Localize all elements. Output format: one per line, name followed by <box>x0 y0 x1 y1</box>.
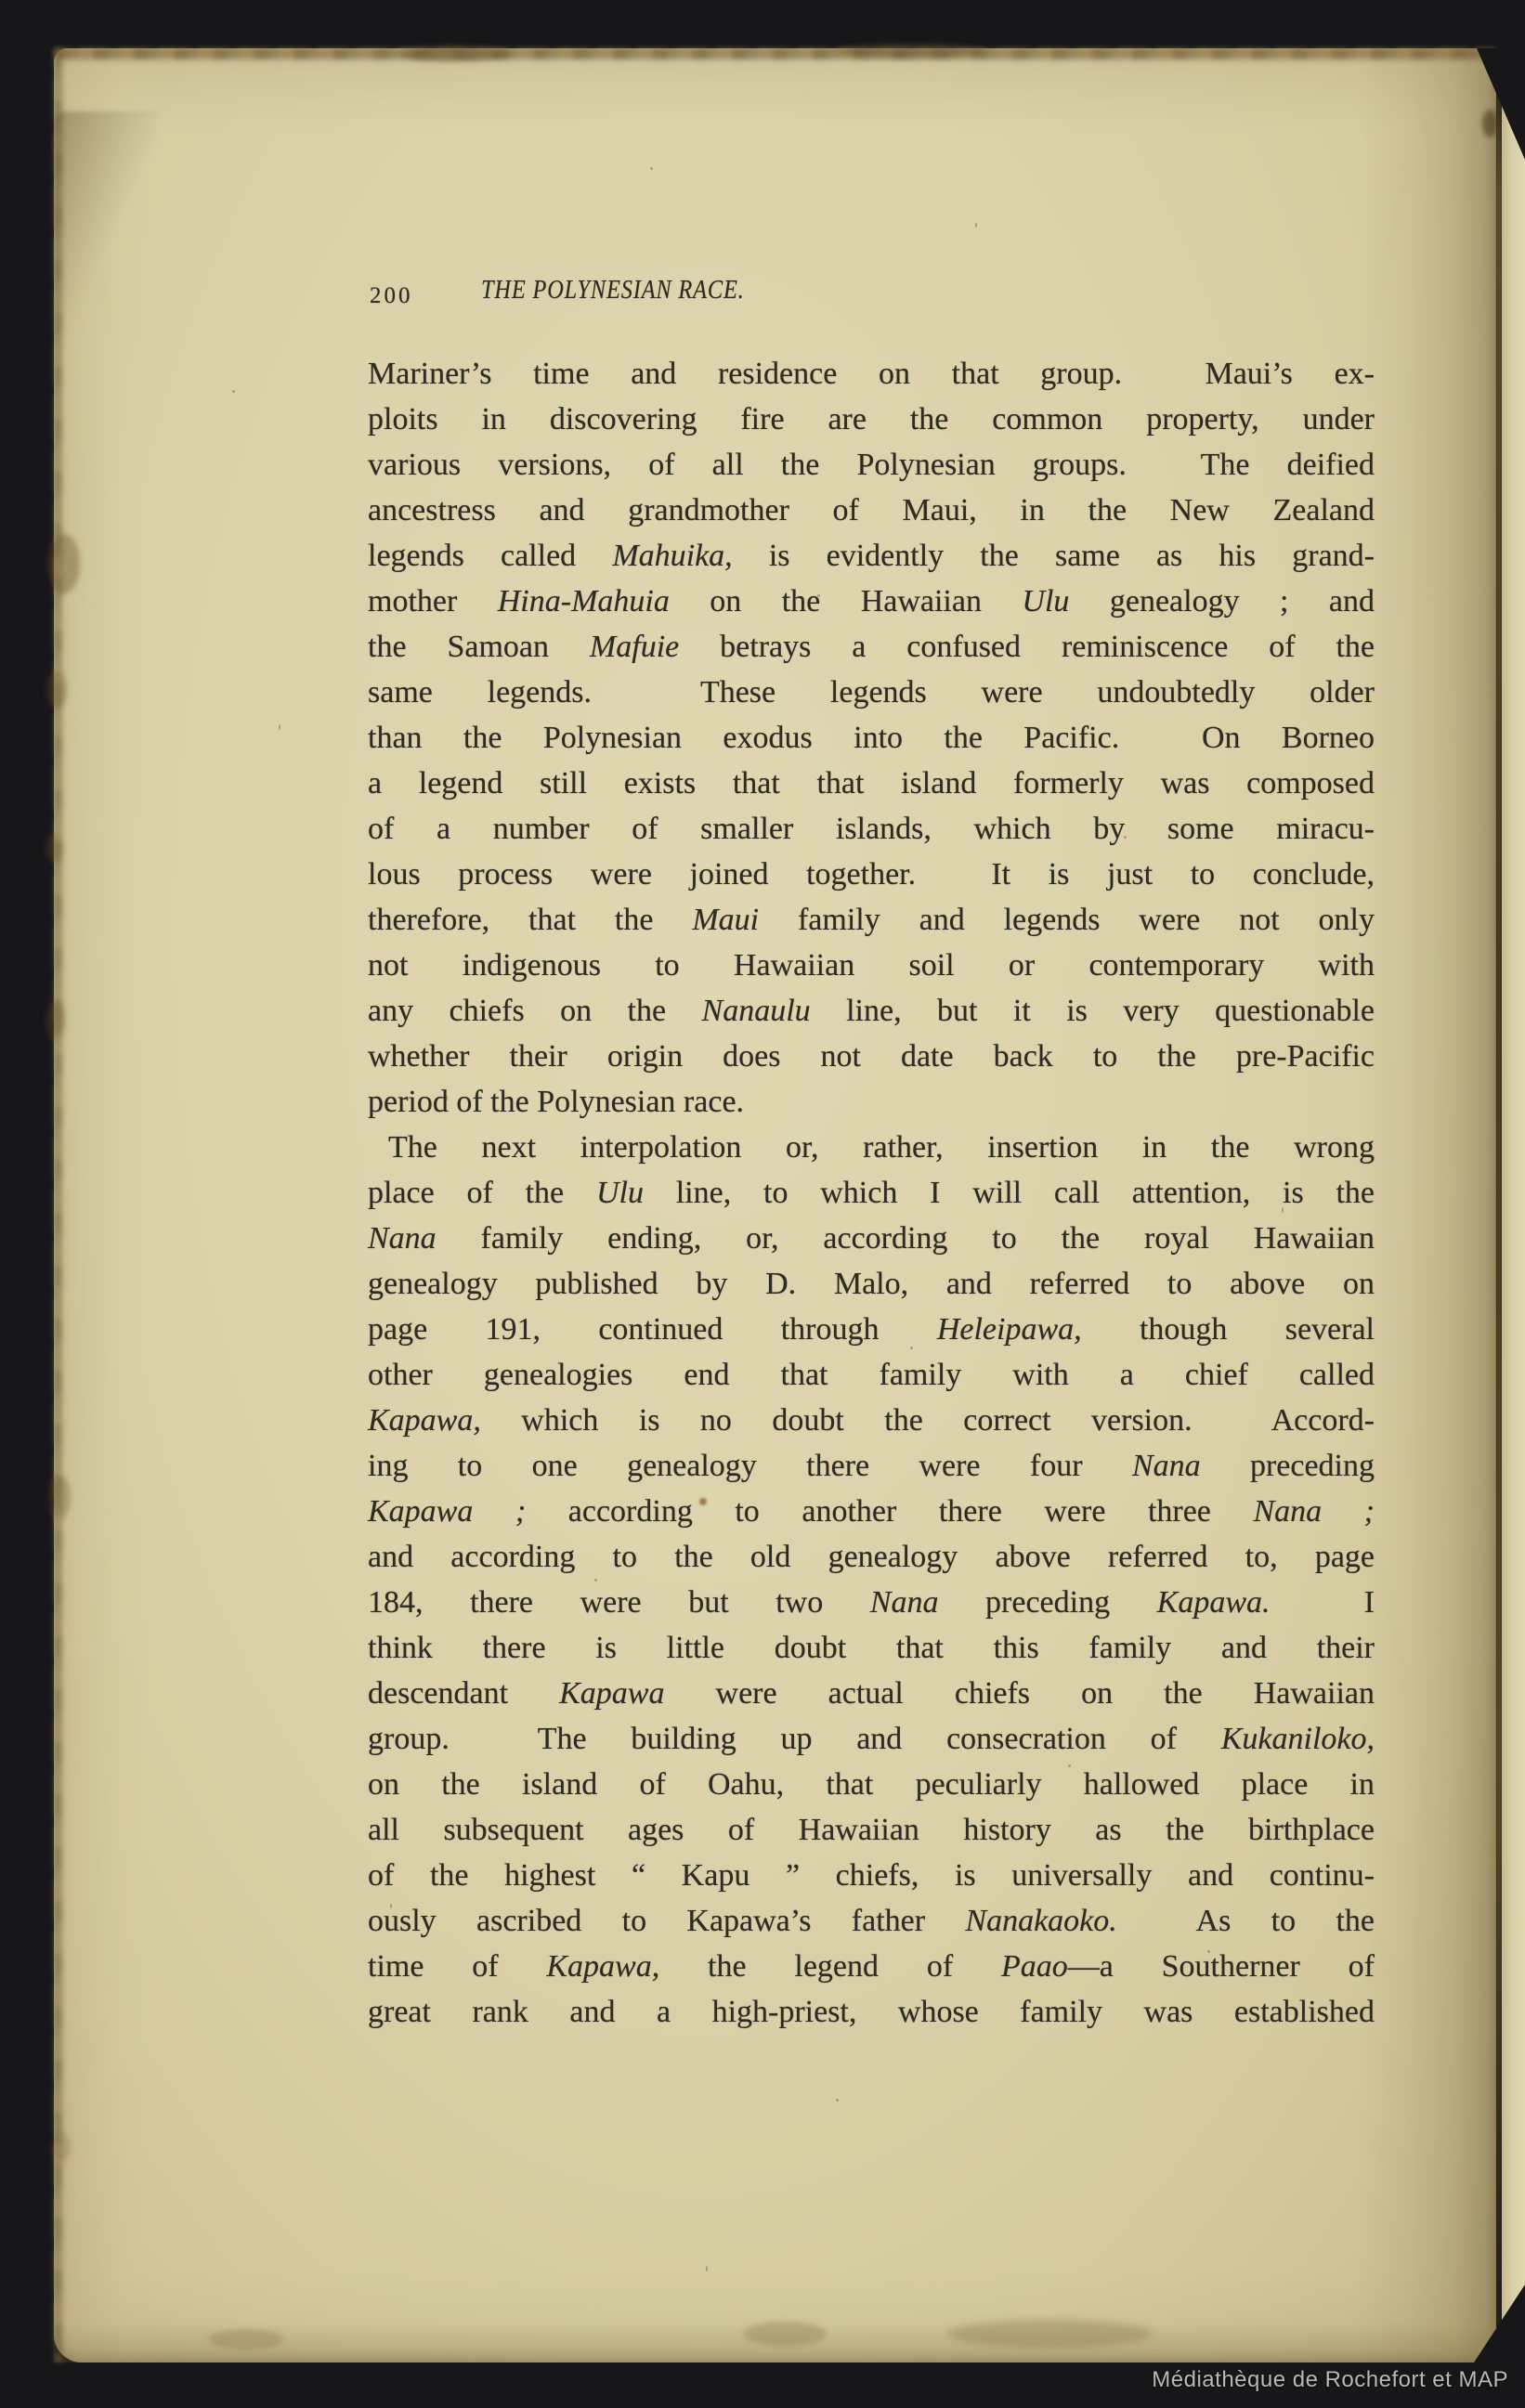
text-run: other genealogies end that family with a… <box>368 1358 1375 1392</box>
text-run: of a number of smaller islands, which by… <box>368 812 1375 846</box>
italic-term: Kapawa, <box>368 1403 481 1438</box>
text-line: and according to the old genealogy above… <box>368 1534 1375 1580</box>
italic-term: Hina-Mahuia <box>498 584 670 618</box>
text-run: same legends. These legends were undoubt… <box>368 675 1375 709</box>
text-run: therefore, that the <box>368 903 692 937</box>
italic-term: Ulu <box>596 1176 644 1210</box>
italic-term: Kapawa, <box>546 1949 659 1984</box>
text-line: genealogy published by D. Malo, and refe… <box>368 1261 1375 1307</box>
paper-speck <box>836 2099 839 2102</box>
text-run: the Samoan <box>368 630 590 664</box>
text-run: think there is little doubt that this fa… <box>368 1631 1375 1665</box>
text-run: not indigenous to Hawaiian soil or conte… <box>368 948 1375 983</box>
text-line: The next interpolation or, rather, inser… <box>368 1125 1375 1170</box>
text-run: on the island of Oahu, that peculiarly h… <box>368 1767 1375 1802</box>
text-line: same legends. These legends were undoubt… <box>368 670 1375 715</box>
paper-speck <box>975 223 977 228</box>
text-run: mother <box>368 584 498 618</box>
stain <box>52 2131 71 2163</box>
stain <box>743 2322 827 2346</box>
text-line: Nana family ending, or, according to the… <box>368 1216 1375 1261</box>
text-line: of a number of smaller islands, which by… <box>368 806 1375 852</box>
paper-speck <box>232 390 235 393</box>
text-run: ancestress and grandmother of Maui, in t… <box>368 493 1375 527</box>
text-line: therefore, that the Maui family and lege… <box>368 897 1375 943</box>
text-line: ing to one genealogy there were four Nan… <box>368 1443 1375 1489</box>
text-run: ploits in discovering fire are the commo… <box>368 402 1375 436</box>
text-line: not indigenous to Hawaiian soil or conte… <box>368 943 1375 988</box>
corner-crease-shadow <box>54 111 156 353</box>
text-run: preceding <box>1201 1449 1375 1483</box>
text-line: all subsequent ages of Hawaiian history … <box>368 1807 1375 1853</box>
library-watermark: Médiathèque de Rochefort et MAP <box>1152 2367 1508 2393</box>
text-run: I <box>1271 1585 1375 1620</box>
italic-term: Nana ; <box>1253 1494 1375 1529</box>
text-line: ancestress and grandmother of Maui, in t… <box>368 488 1375 533</box>
text-run: a legend still exists that that island f… <box>368 766 1375 800</box>
text-run: betrays a confused reminiscence of the <box>679 630 1375 664</box>
text-line: Kapawa, which is no doubt the correct ve… <box>368 1398 1375 1443</box>
stain <box>399 46 511 61</box>
italic-term: Ulu <box>1022 584 1069 618</box>
text-line: on the island of Oahu, that peculiarly h… <box>368 1762 1375 1807</box>
text-run: time of <box>368 1949 546 1984</box>
text-line: mother Hina-Mahuia on the Hawaiian Ulu g… <box>368 579 1375 624</box>
text-line: of the highest “ Kapu ” chiefs, is unive… <box>368 1853 1375 1898</box>
italic-term: Maui <box>692 903 759 937</box>
stain <box>947 2320 1152 2348</box>
text-run: all subsequent ages of Hawaiian history … <box>368 1813 1375 1847</box>
italic-term: Mafuie <box>590 630 679 664</box>
text-line: place of the Ulu line, to which I will c… <box>368 1170 1375 1216</box>
text-line: lous process were joined together. It is… <box>368 852 1375 897</box>
text-run: of the highest “ Kapu ” chiefs, is unive… <box>368 1858 1375 1893</box>
text-run: family ending, or, according to the roya… <box>437 1221 1375 1256</box>
stain <box>209 2329 283 2349</box>
stain <box>836 45 984 58</box>
italic-term: Paao <box>1001 1949 1068 1984</box>
text-run: great rank and a high-priest, whose fami… <box>368 1995 1375 2029</box>
text-line: than the Polynesian exodus into the Paci… <box>368 715 1375 761</box>
body-text: Mariner’s time and residence on that gro… <box>368 351 1375 2035</box>
italic-term: Kapawa ; <box>368 1494 526 1529</box>
text-run: is evidently the same as his grand- <box>733 539 1375 573</box>
text-line: Mariner’s time and residence on that gro… <box>368 351 1375 397</box>
stain <box>46 834 62 862</box>
text-line: period of the Polynesian race. <box>368 1079 1375 1125</box>
text-line: the Samoan Mafuie betrays a confused rem… <box>368 624 1375 670</box>
italic-term: Nanakaoko. <box>965 1904 1116 1938</box>
text-run: genealogy published by D. Malo, and refe… <box>368 1267 1375 1301</box>
text-line: other genealogies end that family with a… <box>368 1352 1375 1398</box>
text-line: whether their origin does not date back … <box>368 1034 1375 1079</box>
text-run: family and legends were not only <box>759 903 1375 937</box>
text-line: descendant Kapawa were actual chiefs on … <box>368 1671 1375 1716</box>
text-run: legends called <box>368 539 612 573</box>
text-run: ously ascribed to Kapawa’s father <box>368 1904 965 1938</box>
text-run: according to another there were three <box>526 1494 1253 1529</box>
text-line: a legend still exists that that island f… <box>368 761 1375 806</box>
text-run: were actual chiefs on the Hawaiian <box>664 1676 1375 1711</box>
text-line: legends called Mahuika, is evidently the… <box>368 533 1375 579</box>
text-run: page 191, continued through <box>368 1312 937 1347</box>
text-run: on the Hawaiian <box>670 584 1023 618</box>
text-run: whether their origin does not date back … <box>368 1039 1375 1074</box>
paper-speck <box>706 2266 708 2271</box>
text-line: group. The building up and consecration … <box>368 1716 1375 1762</box>
stain <box>46 671 67 709</box>
text-line: 184, there were but two Nana preceding K… <box>368 1580 1375 1625</box>
text-run: than the Polynesian exodus into the Paci… <box>368 721 1375 755</box>
text-run: 184, there were but two <box>368 1585 870 1620</box>
text-line: think there is little doubt that this fa… <box>368 1625 1375 1671</box>
text-run: The next interpolation or, rather, inser… <box>388 1130 1375 1165</box>
text-run: place of the <box>368 1176 596 1210</box>
text-run: line, but it is very questionable <box>811 994 1375 1028</box>
running-title: THE POLYNESIAN RACE. <box>481 275 745 306</box>
text-line: any chiefs on the Nanaulu line, but it i… <box>368 988 1375 1034</box>
italic-term: Nana <box>1132 1449 1201 1483</box>
text-run: line, to which I will call attention, is… <box>644 1176 1375 1210</box>
stain <box>48 534 80 593</box>
italic-term: Nana <box>870 1585 939 1620</box>
next-page-edge <box>1502 50 1525 2327</box>
italic-term: Kapawa <box>559 1676 664 1711</box>
text-run: Mariner’s time and residence on that gro… <box>368 357 1375 391</box>
text-run: —a Southerner of <box>1068 1949 1375 1984</box>
text-run: any chiefs on the <box>368 994 702 1028</box>
text-run: descendant <box>368 1676 559 1711</box>
italic-term: Nanaulu <box>702 994 811 1028</box>
stain <box>46 1001 65 1040</box>
text-run: preceding <box>938 1585 1156 1620</box>
text-line: Kapawa ; according to another there were… <box>368 1489 1375 1534</box>
page-curve-shading <box>1357 48 1496 2362</box>
text-run: the legend of <box>659 1949 1001 1984</box>
text-run: period of the Polynesian race. <box>368 1085 744 1119</box>
paper-speck <box>279 724 280 730</box>
text-line: page 191, continued through Heleipawa, t… <box>368 1307 1375 1352</box>
text-run: genealogy ; and <box>1069 584 1375 618</box>
paper-speck <box>650 167 653 170</box>
text-run: group. The building up and consecration … <box>368 1722 1221 1756</box>
text-line: ously ascribed to Kapawa’s father Nanaka… <box>368 1898 1375 1944</box>
text-run: and according to the old genealogy above… <box>368 1540 1375 1574</box>
text-run: though several <box>1082 1312 1375 1347</box>
italic-term: Kukaniloko, <box>1221 1722 1375 1756</box>
text-run: ing to one genealogy there were four <box>368 1449 1132 1483</box>
text-run: which is no doubt the correct version. A… <box>481 1403 1375 1438</box>
page-header: 200 THE POLYNESIAN RACE. <box>368 273 1375 318</box>
italic-term: Nana <box>368 1221 437 1256</box>
italic-term: Heleipawa, <box>937 1312 1082 1347</box>
text-run: various versions, of all the Polynesian … <box>368 448 1375 482</box>
text-line: various versions, of all the Polynesian … <box>368 442 1375 488</box>
text-line: ploits in discovering fire are the commo… <box>368 397 1375 442</box>
text-line: time of Kapawa, the legend of Paao—a Sou… <box>368 1944 1375 1989</box>
page-number: 200 <box>370 283 413 309</box>
italic-term: Mahuika, <box>612 539 732 573</box>
text-run: As to the <box>1117 1904 1375 1938</box>
stain <box>48 1475 71 1519</box>
text-line: great rank and a high-priest, whose fami… <box>368 1989 1375 2035</box>
text-run: lous process were joined together. It is… <box>368 857 1375 892</box>
italic-term: Kapawa. <box>1157 1585 1271 1620</box>
